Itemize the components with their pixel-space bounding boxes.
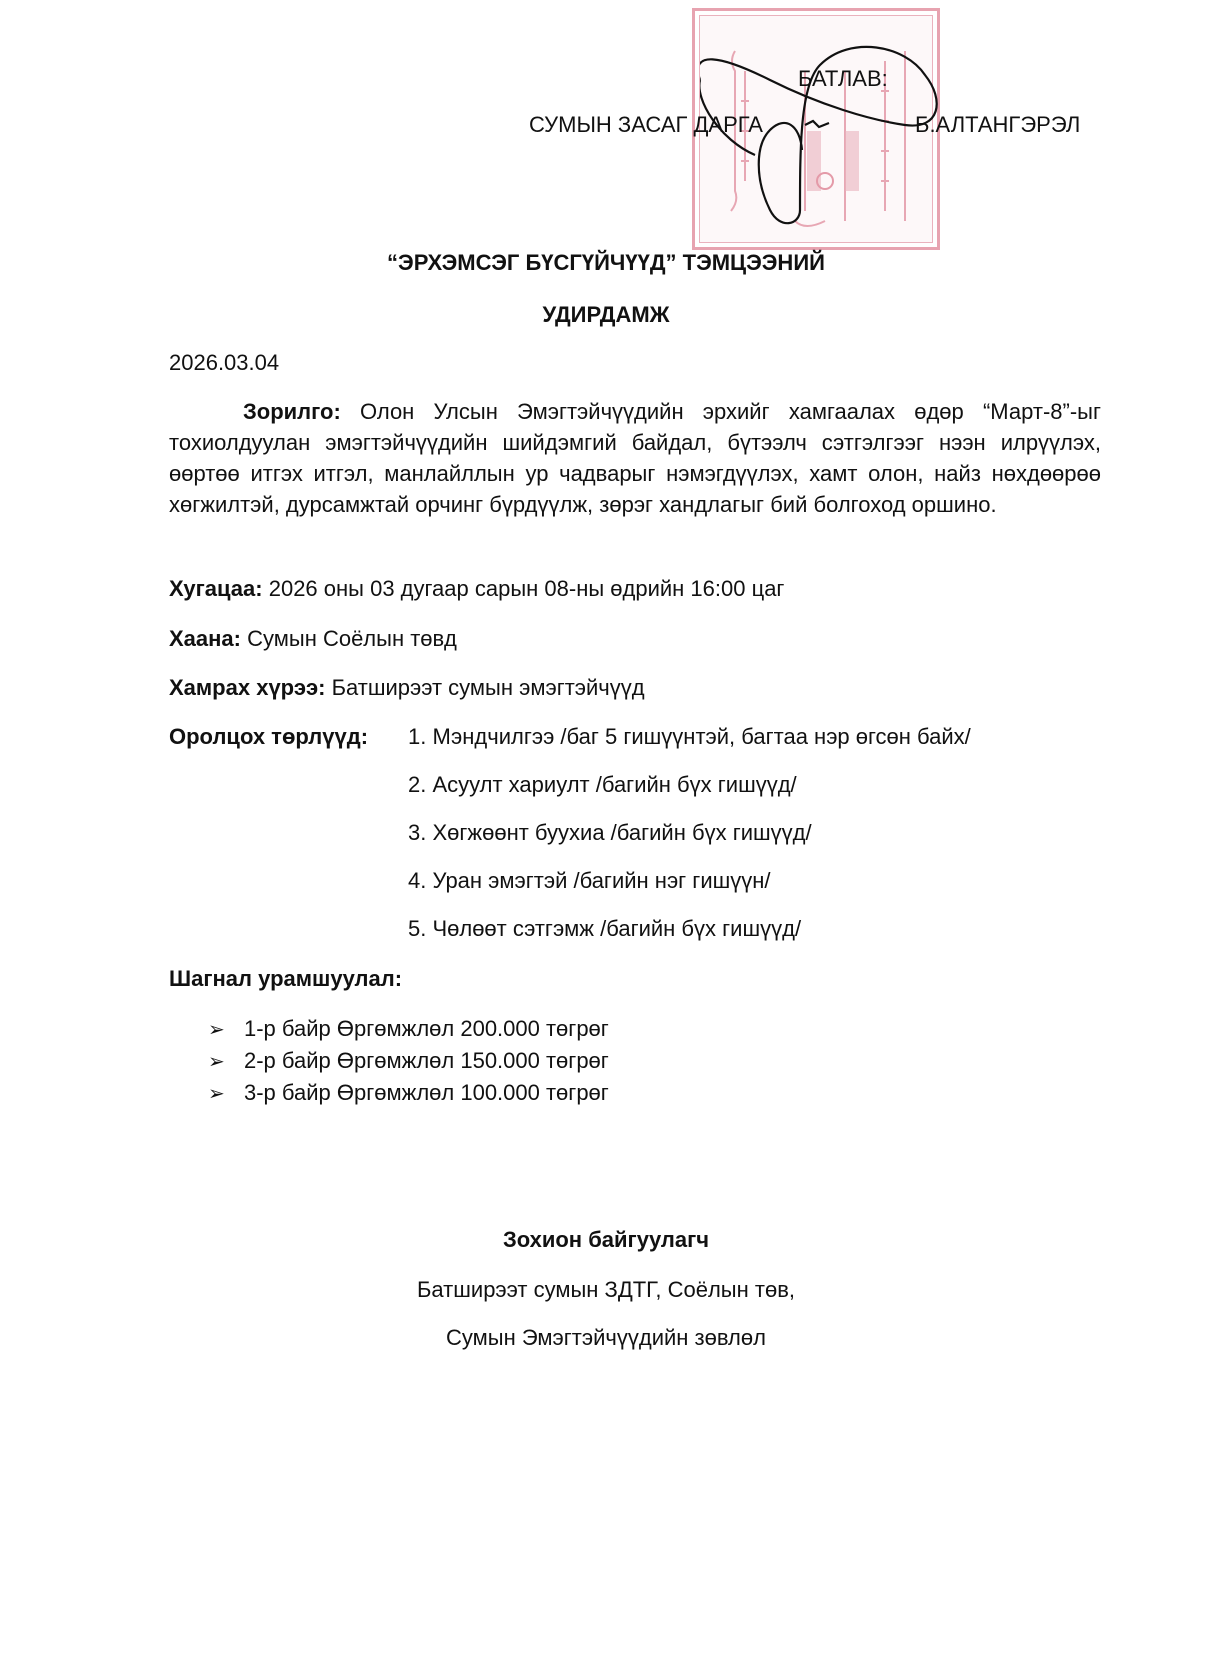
purpose-paragraph: Зорилго: Олон Улсын Эмэгтэйчүүдийн эрхий… (169, 396, 1101, 520)
time-field: Хугацаа: 2026 оны 03 дугаар сарын 08-ны … (169, 576, 784, 602)
prize-text: 3-р байр Өргөмжлөл 100.000 төгрөг (244, 1080, 609, 1105)
list-item: 3. Хөгжөөнт буухиа /багийн бүх гишүүд/ (408, 820, 812, 846)
document-title: “ЭРХЭМСЭГ БҮСГҮЙЧҮҮД” ТЭМЦЭЭНИЙ (0, 250, 1212, 276)
list-item: 2. Асуулт хариулт /багийн бүх гишүүд/ (408, 772, 797, 798)
time-value: 2026 оны 03 дугаар сарын 08-ны өдрийн 16… (263, 576, 785, 601)
arrow-bullet-icon: ➢ (208, 1049, 244, 1074)
location-label: Хаана: (169, 626, 241, 651)
prizes-label: Шагнал урамшуулал: (169, 966, 402, 992)
list-item: 5. Чөлөөт сэтгэмж /багийн бүх гишүүд/ (408, 916, 801, 942)
approval-label: БАТЛАВ: (798, 66, 888, 92)
time-label: Хугацаа: (169, 576, 263, 601)
organizer-label: Зохион байгуулагч (0, 1227, 1212, 1253)
approver-name: Б.АЛТАНГЭРЭЛ (915, 112, 1080, 138)
location-value: Сумын Соёлын төвд (241, 626, 457, 651)
scope-field: Хамрах хүрээ: Батширээт сумын эмэгтэйчүү… (169, 675, 645, 701)
arrow-bullet-icon: ➢ (208, 1017, 244, 1042)
list-item: 4. Уран эмэгтэй /багийн нэг гишүүн/ (408, 868, 771, 894)
prize-text: 2-р байр Өргөмжлөл 150.000 төгрөг (244, 1048, 609, 1073)
organizer-line-1: Батширээт сумын ЗДТГ, Соёлын төв, (0, 1277, 1212, 1303)
list-item: ➢3-р байр Өргөмжлөл 100.000 төгрөг (208, 1080, 609, 1110)
list-item: ➢1-р байр Өргөмжлөл 200.000 төгрөг (208, 1016, 609, 1046)
title-rest: ТЭМЦЭЭНИЙ (677, 250, 825, 275)
location-field: Хаана: Сумын Соёлын төвд (169, 626, 457, 652)
title-quoted: “ЭРХЭМСЭГ БҮСГҮЙЧҮҮД” (387, 250, 676, 275)
purpose-label: Зорилго: (243, 399, 341, 424)
types-label: Оролцох төрлүүд: (169, 724, 368, 750)
arrow-bullet-icon: ➢ (208, 1081, 244, 1106)
document-subtitle: УДИРДАМЖ (0, 302, 1212, 328)
list-item: ➢2-р байр Өргөмжлөл 150.000 төгрөг (208, 1048, 609, 1078)
organizer-line-2: Сумын Эмэгтэйчүүдийн зөвлөл (0, 1325, 1212, 1351)
approver-position: СУМЫН ЗАСАГ ДАРГА (529, 112, 763, 138)
list-item: 1. Мэндчилгээ /баг 5 гишүүнтэй, багтаа н… (408, 724, 971, 750)
prize-text: 1-р байр Өргөмжлөл 200.000 төгрөг (244, 1016, 609, 1041)
scope-value: Батширээт сумын эмэгтэйчүүд (325, 675, 644, 700)
scope-label: Хамрах хүрээ: (169, 675, 325, 700)
document-date: 2026.03.04 (169, 350, 279, 376)
